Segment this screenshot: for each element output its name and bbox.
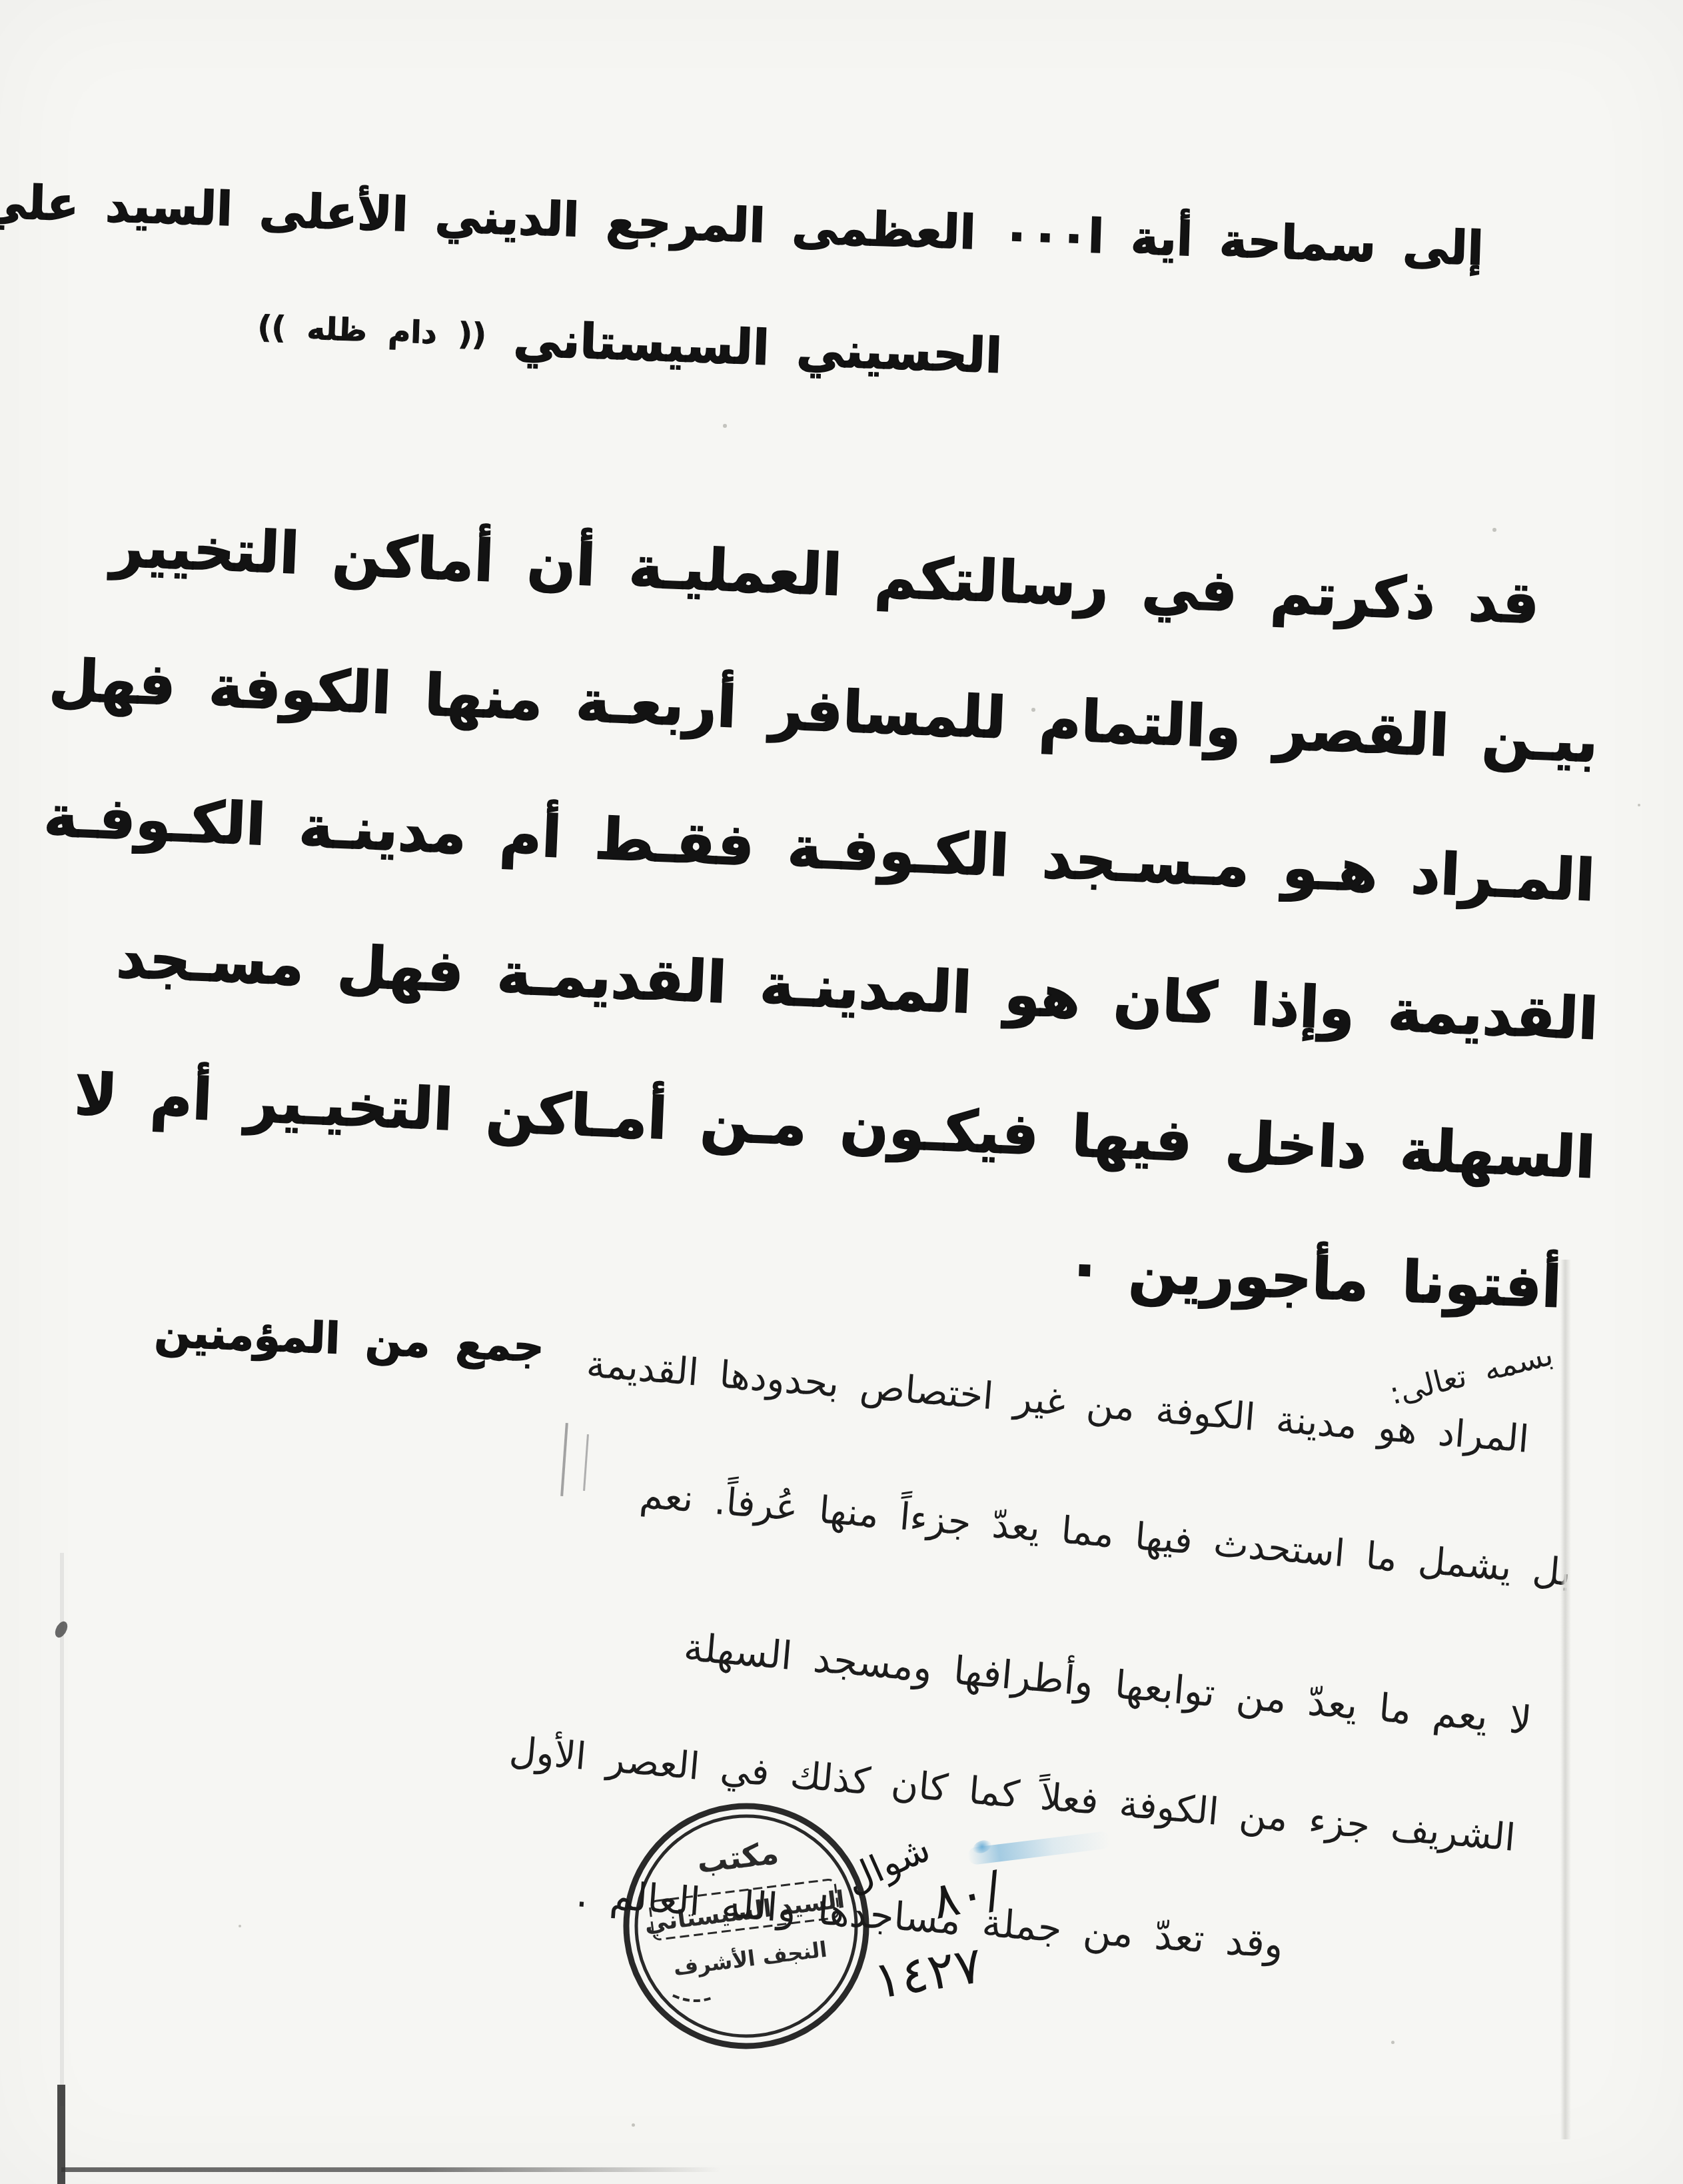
question-line-1: قد ذكرتم في رسالتكم العمليـة أن أماكن ال… — [110, 513, 1540, 637]
header-line-2: الحسيني السيستاني (( دام ظله )) — [257, 302, 1003, 384]
answer-line-2: بل يشمل ما استحدث فيها مما يعدّ جزءاً من… — [638, 1474, 1573, 1595]
paper-speck — [723, 424, 727, 428]
question-line-3: المـراد هـو مـسـجد الكـوفـة فقـط أم مدين… — [43, 782, 1596, 914]
stray-ink-mark — [53, 1620, 69, 1639]
header-line-1: إلى سماحة أية ا٠٠٠ العظمى المرجع الديني … — [0, 174, 1484, 276]
question-line-4: القديمة وإذا كان هو المدينـة القديمـة فه… — [115, 924, 1599, 1053]
seal-text-city: النجف الأشرف — [672, 1936, 829, 1981]
seal-text-office: مكتب — [695, 1834, 780, 1880]
seal-flourish — [673, 1991, 714, 2004]
office-seal-stamp: مكتب السيد السيستاني النجف الأشرف — [604, 1783, 889, 2069]
question-line-5: السهلة داخل فيها فيكـون مـن أمـاكن التخي… — [73, 1061, 1596, 1192]
paper-speck — [1638, 804, 1640, 806]
scanned-letter-page: إلى سماحة أية ا٠٠٠ العظمى المرجع الديني … — [0, 0, 1683, 2184]
answer-basmala: بسمه تعالى: — [1386, 1336, 1556, 1412]
paper-speck — [1391, 2041, 1395, 2044]
scan-bottom-edge-line — [61, 2167, 721, 2172]
header-honorific: (( دام ظله )) — [257, 309, 487, 353]
paper-edge-shadow-right — [1560, 1260, 1571, 2139]
stray-pen-tick-1 — [560, 1423, 568, 1496]
paper-speck — [239, 1925, 241, 1927]
paper-speck — [632, 2123, 635, 2127]
stray-pen-tick-2 — [583, 1434, 589, 1491]
answer-line-3: لا يعم ما يعدّ من توابعها وأطرافها ومسجد… — [682, 1624, 1533, 1743]
sender-signature: جمع من المؤمنين — [154, 1308, 545, 1372]
paper-speck — [1031, 708, 1035, 712]
question-line-6: أفتونا مأجورين · — [1073, 1237, 1563, 1321]
question-line-2: بيـن القصر والتمام للمسافر أربعـة منها ا… — [47, 647, 1599, 776]
header-name: الحسيني السيستاني — [512, 311, 1003, 384]
paper-speck — [1492, 528, 1496, 532]
date-year: ١٤٢٧ — [869, 1935, 986, 2010]
answer-line-1: المراد هو مدينة الكوفة من غير اختصاص بحد… — [585, 1342, 1530, 1462]
